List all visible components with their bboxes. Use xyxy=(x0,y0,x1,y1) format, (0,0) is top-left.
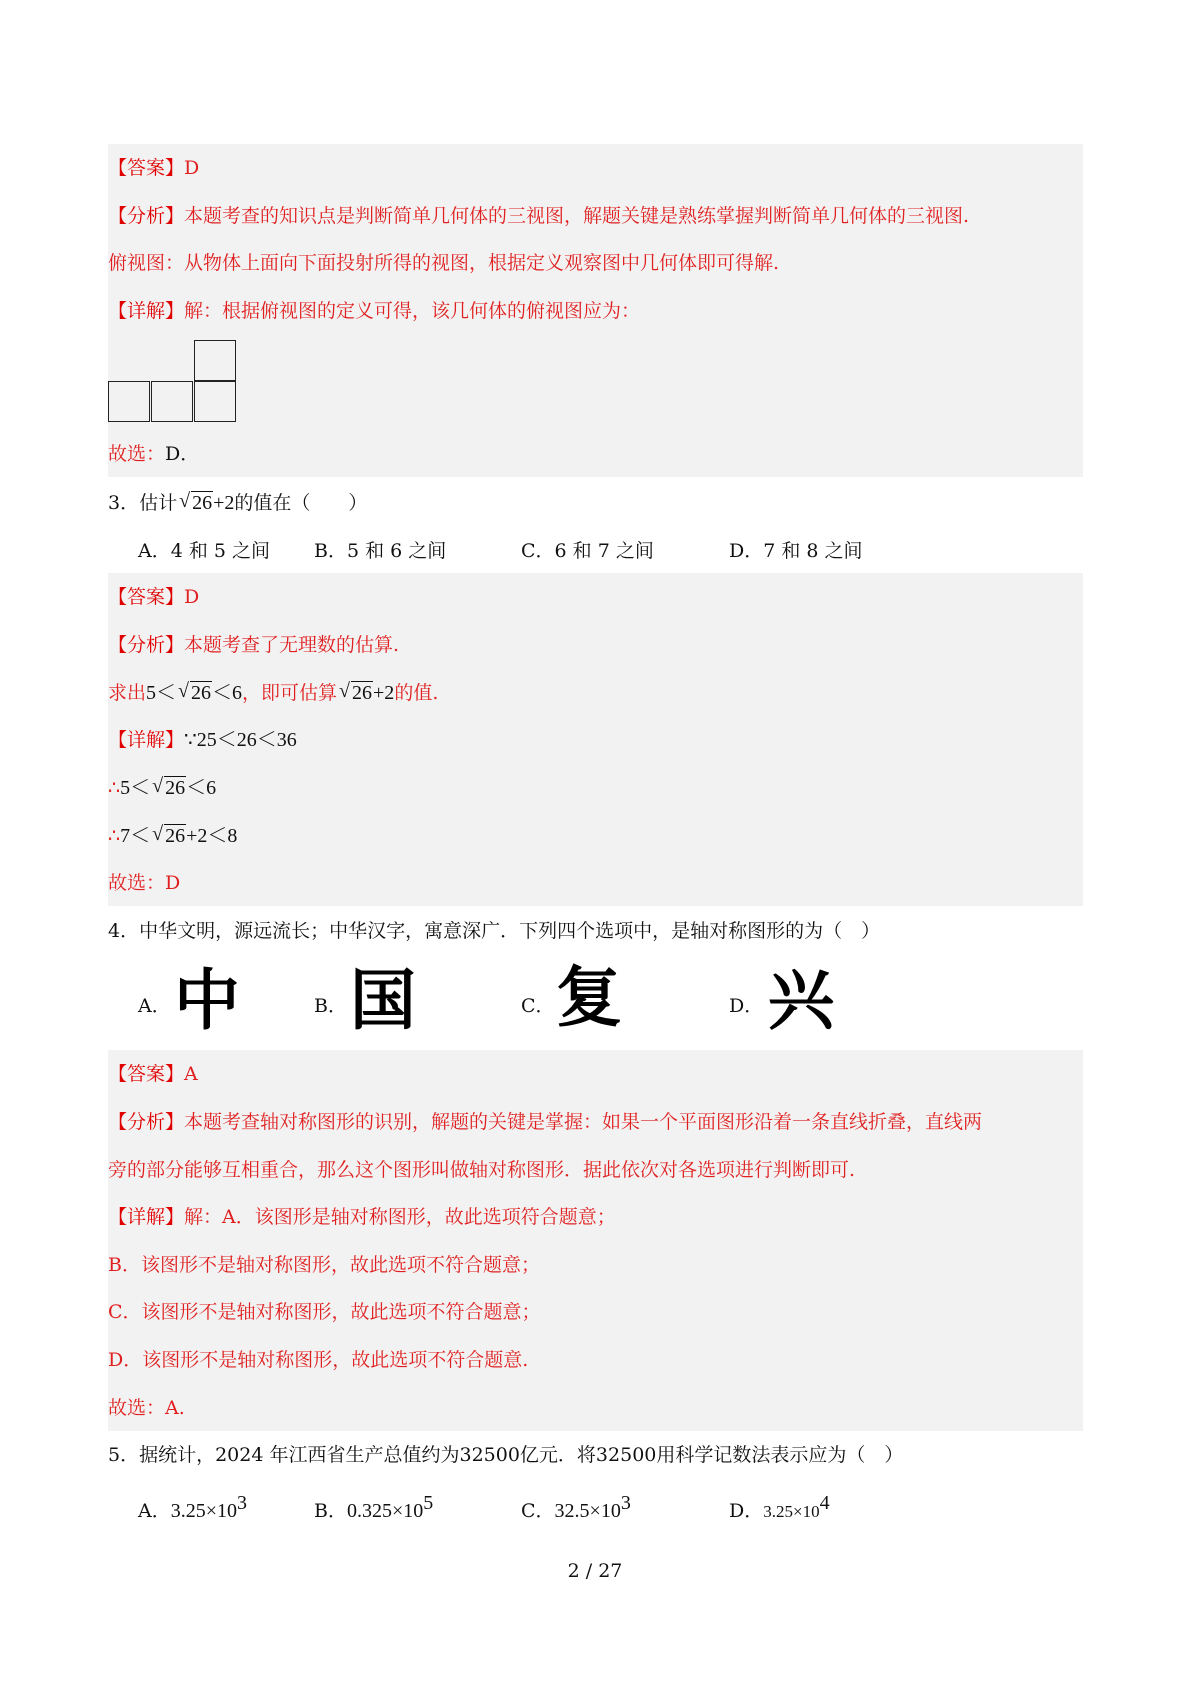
q3-hint-line: 求出5＜√26＜6，即可估算√26+2的值. xyxy=(108,680,438,706)
q4-detail-line-b: B．该图形不是轴对称图形，故此选项不符合题意； xyxy=(108,1252,540,1278)
analysis-label: 【分析】 xyxy=(108,1111,184,1133)
q4-option-a-char: 中 xyxy=(174,966,240,1036)
q3-option-a: A．4 和 5 之间 xyxy=(138,538,270,564)
conclusion-label: 故选： xyxy=(108,443,165,465)
q4-detail-line-d: D．该图形不是轴对称图形，故此选项不符合题意. xyxy=(108,1347,528,1373)
stem-text: 据统计，2024 年江西省生产总值约为32500亿元．将32500用科学记数法表… xyxy=(139,1444,903,1466)
page-indicator: 2 / 27 xyxy=(0,1560,1190,1582)
sqrt-expression: √26 xyxy=(179,490,213,516)
q4-solution-block xyxy=(108,1050,1083,1431)
q4-option-c-char: 复 xyxy=(556,963,622,1033)
q2-analysis-line: 【分析】本题考查的知识点是判断简单几何体的三视图，解题关键是熟练掌握判断简单几何… xyxy=(108,203,969,229)
grid-cell xyxy=(151,381,193,422)
q5-option-c: C．32.5×103 xyxy=(521,1490,631,1524)
answer-value: D xyxy=(184,157,199,179)
stem-text: 中华文明，源远流长；中华汉字，寓意深广．下列四个选项中，是轴对称图形的为（ ） xyxy=(139,920,880,942)
q3-step-3: ∴7＜√26+2＜8 xyxy=(108,823,237,849)
grid-cell xyxy=(108,381,150,422)
answer-label: 【答案】 xyxy=(108,157,184,179)
q4-option-d-label: D． xyxy=(729,993,763,1019)
q4-option-b-char: 国 xyxy=(350,966,416,1036)
analysis-text: 本题考查了无理数的估算. xyxy=(184,634,399,656)
q5-stem: 5．据统计，2024 年江西省生产总值约为32500亿元．将32500用科学记数… xyxy=(108,1442,903,1468)
therefore-symbol: ∴ xyxy=(108,777,120,799)
q5-option-a: A．3.25×103 xyxy=(138,1490,247,1524)
q3-step-2: ∴5＜√26＜6 xyxy=(108,775,216,801)
q5-option-b: B．0.325×105 xyxy=(314,1490,433,1524)
stem-text: 的值在（ ） xyxy=(234,492,367,514)
grid-cell xyxy=(194,381,236,422)
q4-option-b-label: B． xyxy=(314,993,347,1019)
answer-value: A xyxy=(184,1063,198,1085)
q4-answer-line: 【答案】A xyxy=(108,1061,198,1087)
sqrt-expression: √26 xyxy=(339,680,373,706)
detail-label: 【详解】 xyxy=(108,300,184,322)
q5-option-d: D．3.25×104 xyxy=(729,1490,830,1525)
question-number: 3． xyxy=(108,492,139,514)
analysis-label: 【分析】 xyxy=(108,205,184,227)
question-number: 4． xyxy=(108,920,139,942)
detail-label: 【详解】 xyxy=(108,1206,184,1228)
q4-option-d-char: 兴 xyxy=(768,966,834,1036)
q3-conclusion: 故选：D xyxy=(108,870,180,896)
top-view-figure xyxy=(108,340,236,426)
answer-label: 【答案】 xyxy=(108,1063,184,1085)
detail-label: 【详解】 xyxy=(108,729,184,751)
q2-answer-line: 【答案】D xyxy=(108,155,199,181)
q3-detail-line: 【详解】∵25＜26＜36 xyxy=(108,727,297,753)
analysis-label: 【分析】 xyxy=(108,634,184,656)
detail-text: 解：根据俯视图的定义可得，该几何体的俯视图应为： xyxy=(184,300,640,322)
q2-detail-line: 【详解】解：根据俯视图的定义可得，该几何体的俯视图应为： xyxy=(108,298,640,324)
q4-option-a-label: A． xyxy=(138,993,171,1019)
analysis-text: 本题考查轴对称图形的识别，解题的关键是掌握：如果一个平面图形沿着一条直线折叠，直… xyxy=(184,1111,982,1133)
q3-option-d: D．7 和 8 之间 xyxy=(729,538,863,564)
answer-value: D xyxy=(184,586,199,608)
conclusion-value: D． xyxy=(165,443,199,465)
sqrt-expression: √26 xyxy=(152,775,186,801)
stem-text: 估计 xyxy=(139,492,177,514)
q4-analysis-line: 【分析】本题考查轴对称图形的识别，解题的关键是掌握：如果一个平面图形沿着一条直线… xyxy=(108,1109,982,1135)
q2-analysis-line-2: 俯视图：从物体上面向下面投射所得的视图，根据定义观察图中几何体即可得解. xyxy=(108,250,779,276)
q3-option-b: B．5 和 6 之间 xyxy=(314,538,446,564)
grid-cell-top xyxy=(194,340,236,381)
q4-conclusion: 故选：A. xyxy=(108,1395,185,1421)
question-number: 5． xyxy=(108,1444,139,1466)
therefore-symbol: ∴ xyxy=(108,825,120,847)
q4-option-c-label: C． xyxy=(521,993,555,1019)
q2-conclusion-line: 故选：D． xyxy=(108,441,199,467)
q4-analysis-line-2: 旁的部分能够互相重合，那么这个图形叫做轴对称图形．据此依次对各选项进行判断即可. xyxy=(108,1157,855,1183)
document-page: 【答案】D 【分析】本题考查的知识点是判断简单几何体的三视图，解题关键是熟练掌握… xyxy=(0,0,1190,1683)
q4-detail-line-c: C．该图形不是轴对称图形，故此选项不符合题意； xyxy=(108,1299,541,1325)
sqrt-expression: √26 xyxy=(178,680,212,706)
answer-label: 【答案】 xyxy=(108,586,184,608)
q4-detail-line: 【详解】解：A．该图形是轴对称图形，故此选项符合题意； xyxy=(108,1204,616,1230)
sqrt-expression: √26 xyxy=(152,823,186,849)
q4-stem: 4．中华文明，源远流长；中华汉字，寓意深广．下列四个选项中，是轴对称图形的为（ … xyxy=(108,918,880,944)
q3-option-c: C．6 和 7 之间 xyxy=(521,538,654,564)
analysis-text: 本题考查的知识点是判断简单几何体的三视图，解题关键是熟练掌握判断简单几何体的三视… xyxy=(184,205,969,227)
q3-stem: 3．估计√26+2的值在（ ） xyxy=(108,490,367,516)
q3-analysis-line: 【分析】本题考查了无理数的估算. xyxy=(108,632,399,658)
q3-answer-line: 【答案】D xyxy=(108,584,199,610)
